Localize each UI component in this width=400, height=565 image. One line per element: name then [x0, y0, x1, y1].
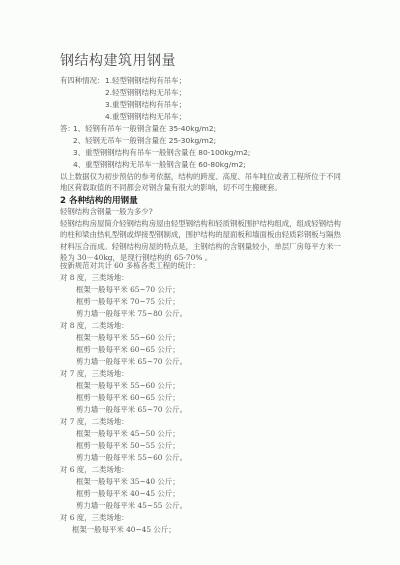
group-row: 框架一般每平米 45~50 公斤； [76, 429, 180, 438]
group-row: 框剪一般每平米 60~65 公斤； [76, 393, 180, 402]
section2-paragraph: 轻钢结构房屋简介轻钢结构房屋由轻型钢结构和轻质钢板围护结构组成，组成轻钢结构的柱… [60, 218, 342, 264]
section2-heading: 2 各种结构的用钢量 [60, 194, 138, 206]
group-row: 框剪一般每平米 60~65 公斤； [76, 345, 180, 354]
case-item: 2.轻型钢钢结构无吊车； [105, 88, 186, 97]
group-label: 对 7 度，三类场地： [60, 369, 129, 378]
cases-intro: 有四种情况： [60, 76, 104, 85]
case-item: 4.重型钢钢结构无吊车； [105, 112, 186, 121]
statistics-intro: 按新规范对共计 60 多栋各类工程的统计： [60, 261, 200, 270]
document-title: 钢结构建筑用钢量 [60, 50, 176, 70]
note-paragraph: 以上数据仅为初步预估的参考依据，结构的跨度、高度、吊车吨位或者工程所位于不同地区… [60, 171, 342, 193]
group-label: 对 8 度，三类场地： [60, 273, 129, 282]
group-row: 剪力墙一般每平米 65~70 公斤。 [76, 357, 187, 366]
group-row: 框架一般每平米 55~60 公斤； [76, 381, 180, 390]
group-row: 框架一般每平米 55~60 公斤； [76, 333, 180, 342]
case-item: 3.重型钢钢结构有吊车； [105, 100, 186, 109]
case-item: 1.轻型钢钢结构有吊车； [105, 76, 186, 85]
group-row: 框架一般每平米 35~40 公斤； [76, 477, 180, 486]
group-row: 剪力墙一般每平米 55~60 公斤。 [76, 453, 187, 462]
group-row: 框架一般每平米 40~45 公斤； [72, 525, 176, 534]
group-row: 框剪一般每平米 40~45 公斤； [76, 489, 180, 498]
group-label: 对 6 度，三类场地： [60, 513, 129, 522]
group-row: 框剪一般每平米 50~55 公斤； [76, 441, 180, 450]
answer-item: 1、轻钢有吊车一般钢含量在 35-40kg/m2; [73, 124, 216, 133]
group-label: 对 8 度，二类场地： [60, 321, 129, 330]
group-row: 剪力墙一般每平米 45~55 公斤。 [76, 501, 187, 510]
answer-item: 3、重型钢钢结构有吊车一般钢含量在 80-100kg/m2; [73, 148, 250, 157]
group-label: 对 7 度，二类场地： [60, 417, 129, 426]
answer-item: 2、轻钢无吊车一般钢含量在 25-30kg/m2; [73, 136, 216, 145]
section2-question: 轻钢结构含钢量一般为多少? [60, 207, 153, 216]
group-row: 框剪一般每平米 70~75 公斤； [76, 297, 180, 306]
group-row: 框架一般每平米 65~70 公斤； [76, 285, 180, 294]
group-row: 剪力墙一般每平米 65~70 公斤。 [76, 405, 187, 414]
group-row: 剪力墙一般每平米 75~80 公斤。 [76, 309, 187, 318]
group-label: 对 6 度，二类场地： [60, 465, 129, 474]
document-page: 钢结构建筑用钢量 有四种情况： 1.轻型钢钢结构有吊车； 2.轻型钢钢结构无吊车… [0, 0, 400, 565]
answer-item: 4、重型钢钢结构无吊车一般钢含量在 60-80kg/m2; [73, 160, 246, 169]
